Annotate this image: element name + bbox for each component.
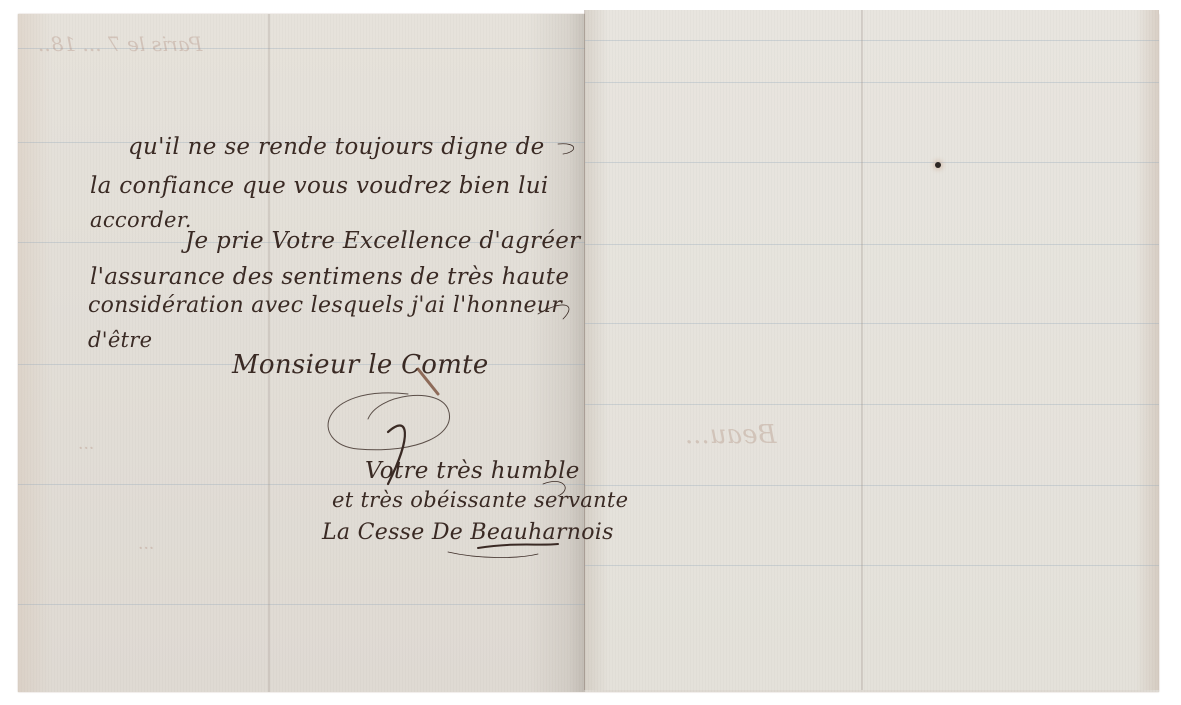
vertical-fold [861, 10, 863, 690]
bleed-through-text: ... [138, 534, 154, 554]
rule-line [18, 604, 585, 605]
letter-line-7: d'être [88, 328, 152, 352]
bleed-through-text: Beau... [685, 420, 777, 450]
rule-line [585, 82, 1159, 83]
salutation: Monsieur le Comte [232, 350, 489, 380]
rule-line [585, 485, 1159, 486]
signature: La Cesse De Beauharnois [322, 520, 614, 545]
right-page: Beau... [585, 10, 1159, 690]
closing-line-1: Votre très humble [365, 458, 580, 484]
letter-line-3: accorder. [90, 208, 192, 232]
pin-hole [935, 162, 941, 168]
letter-line-4: Je prie Votre Excellence d'agréer [185, 228, 580, 254]
rule-line [585, 565, 1159, 566]
letter-line-2: la confiance que vous voudrez bien lui [90, 173, 549, 199]
rule-line [585, 40, 1159, 41]
rule-line [585, 404, 1159, 405]
letter-line-6: considération avec lesquels j'ai l'honne… [88, 293, 562, 318]
paper-sheet: Paris le 7 ... 18.. ... ... Beau... qu'i… [18, 14, 1159, 692]
rule-line [18, 484, 585, 485]
rule-line [585, 162, 1159, 163]
rule-line [585, 323, 1159, 324]
bleed-through-text: ... [78, 434, 94, 454]
letter-line-1: qu'il ne se rende toujours digne de [128, 134, 545, 160]
bleed-through-header: Paris le 7 ... 18.. [38, 32, 202, 56]
closing-line-2: et très obéissante servante [332, 488, 628, 512]
document-scan: Paris le 7 ... 18.. ... ... Beau... qu'i… [0, 0, 1181, 705]
rule-line [585, 244, 1159, 245]
letter-line-5: l'assurance des sentimens de très haute [90, 264, 569, 290]
